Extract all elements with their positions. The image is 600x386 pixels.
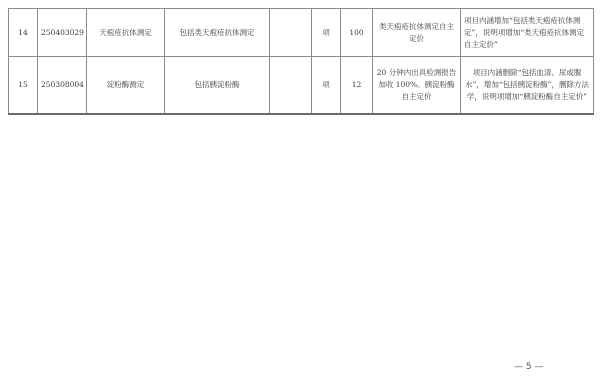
seq-cell: 14 (9, 9, 38, 57)
price-adjustment-table: 14 250403029 天疱疮抗体测定 包括类天疱疮抗体测定 项 100 类天… (8, 8, 594, 115)
name-cell: 天疱疮抗体测定 (87, 9, 165, 57)
name-cell: 淀粉酶测定 (87, 57, 165, 115)
code-cell: 250403029 (38, 9, 87, 57)
page-number: — 5 — (514, 362, 543, 372)
excluded-cell (270, 57, 312, 115)
unit-cell: 项 (312, 9, 341, 57)
table-row: 15 250308004 淀粉酶测定 包括胰淀粉酶 项 12 20 分钟内出具检… (9, 57, 594, 115)
content-cell: 包括胰淀粉酶 (165, 57, 270, 115)
excluded-cell (270, 9, 312, 57)
price-cell: 12 (341, 57, 373, 115)
seq-cell: 15 (9, 57, 38, 115)
content-cell: 包括类天疱疮抗体测定 (165, 9, 270, 57)
change-cell: 项目内涵增加“包括类天疱疮抗体测定”，说明项增加“类天疱疮抗体测定自主定价” (461, 9, 594, 57)
note-cell: 类天疱疮抗体测定自主定价 (373, 9, 461, 57)
price-cell: 100 (341, 9, 373, 57)
change-cell: 项目内涵删除“包括血清、尿或腹水”，增加“包括胰淀粉酶”，删除方法学，说明项增加… (461, 57, 594, 115)
table-row: 14 250403029 天疱疮抗体测定 包括类天疱疮抗体测定 项 100 类天… (9, 9, 594, 57)
unit-cell: 项 (312, 57, 341, 115)
note-cell: 20 分钟内出具检测报告加收 100%。胰淀粉酶自主定价 (373, 57, 461, 115)
code-cell: 250308004 (38, 57, 87, 115)
